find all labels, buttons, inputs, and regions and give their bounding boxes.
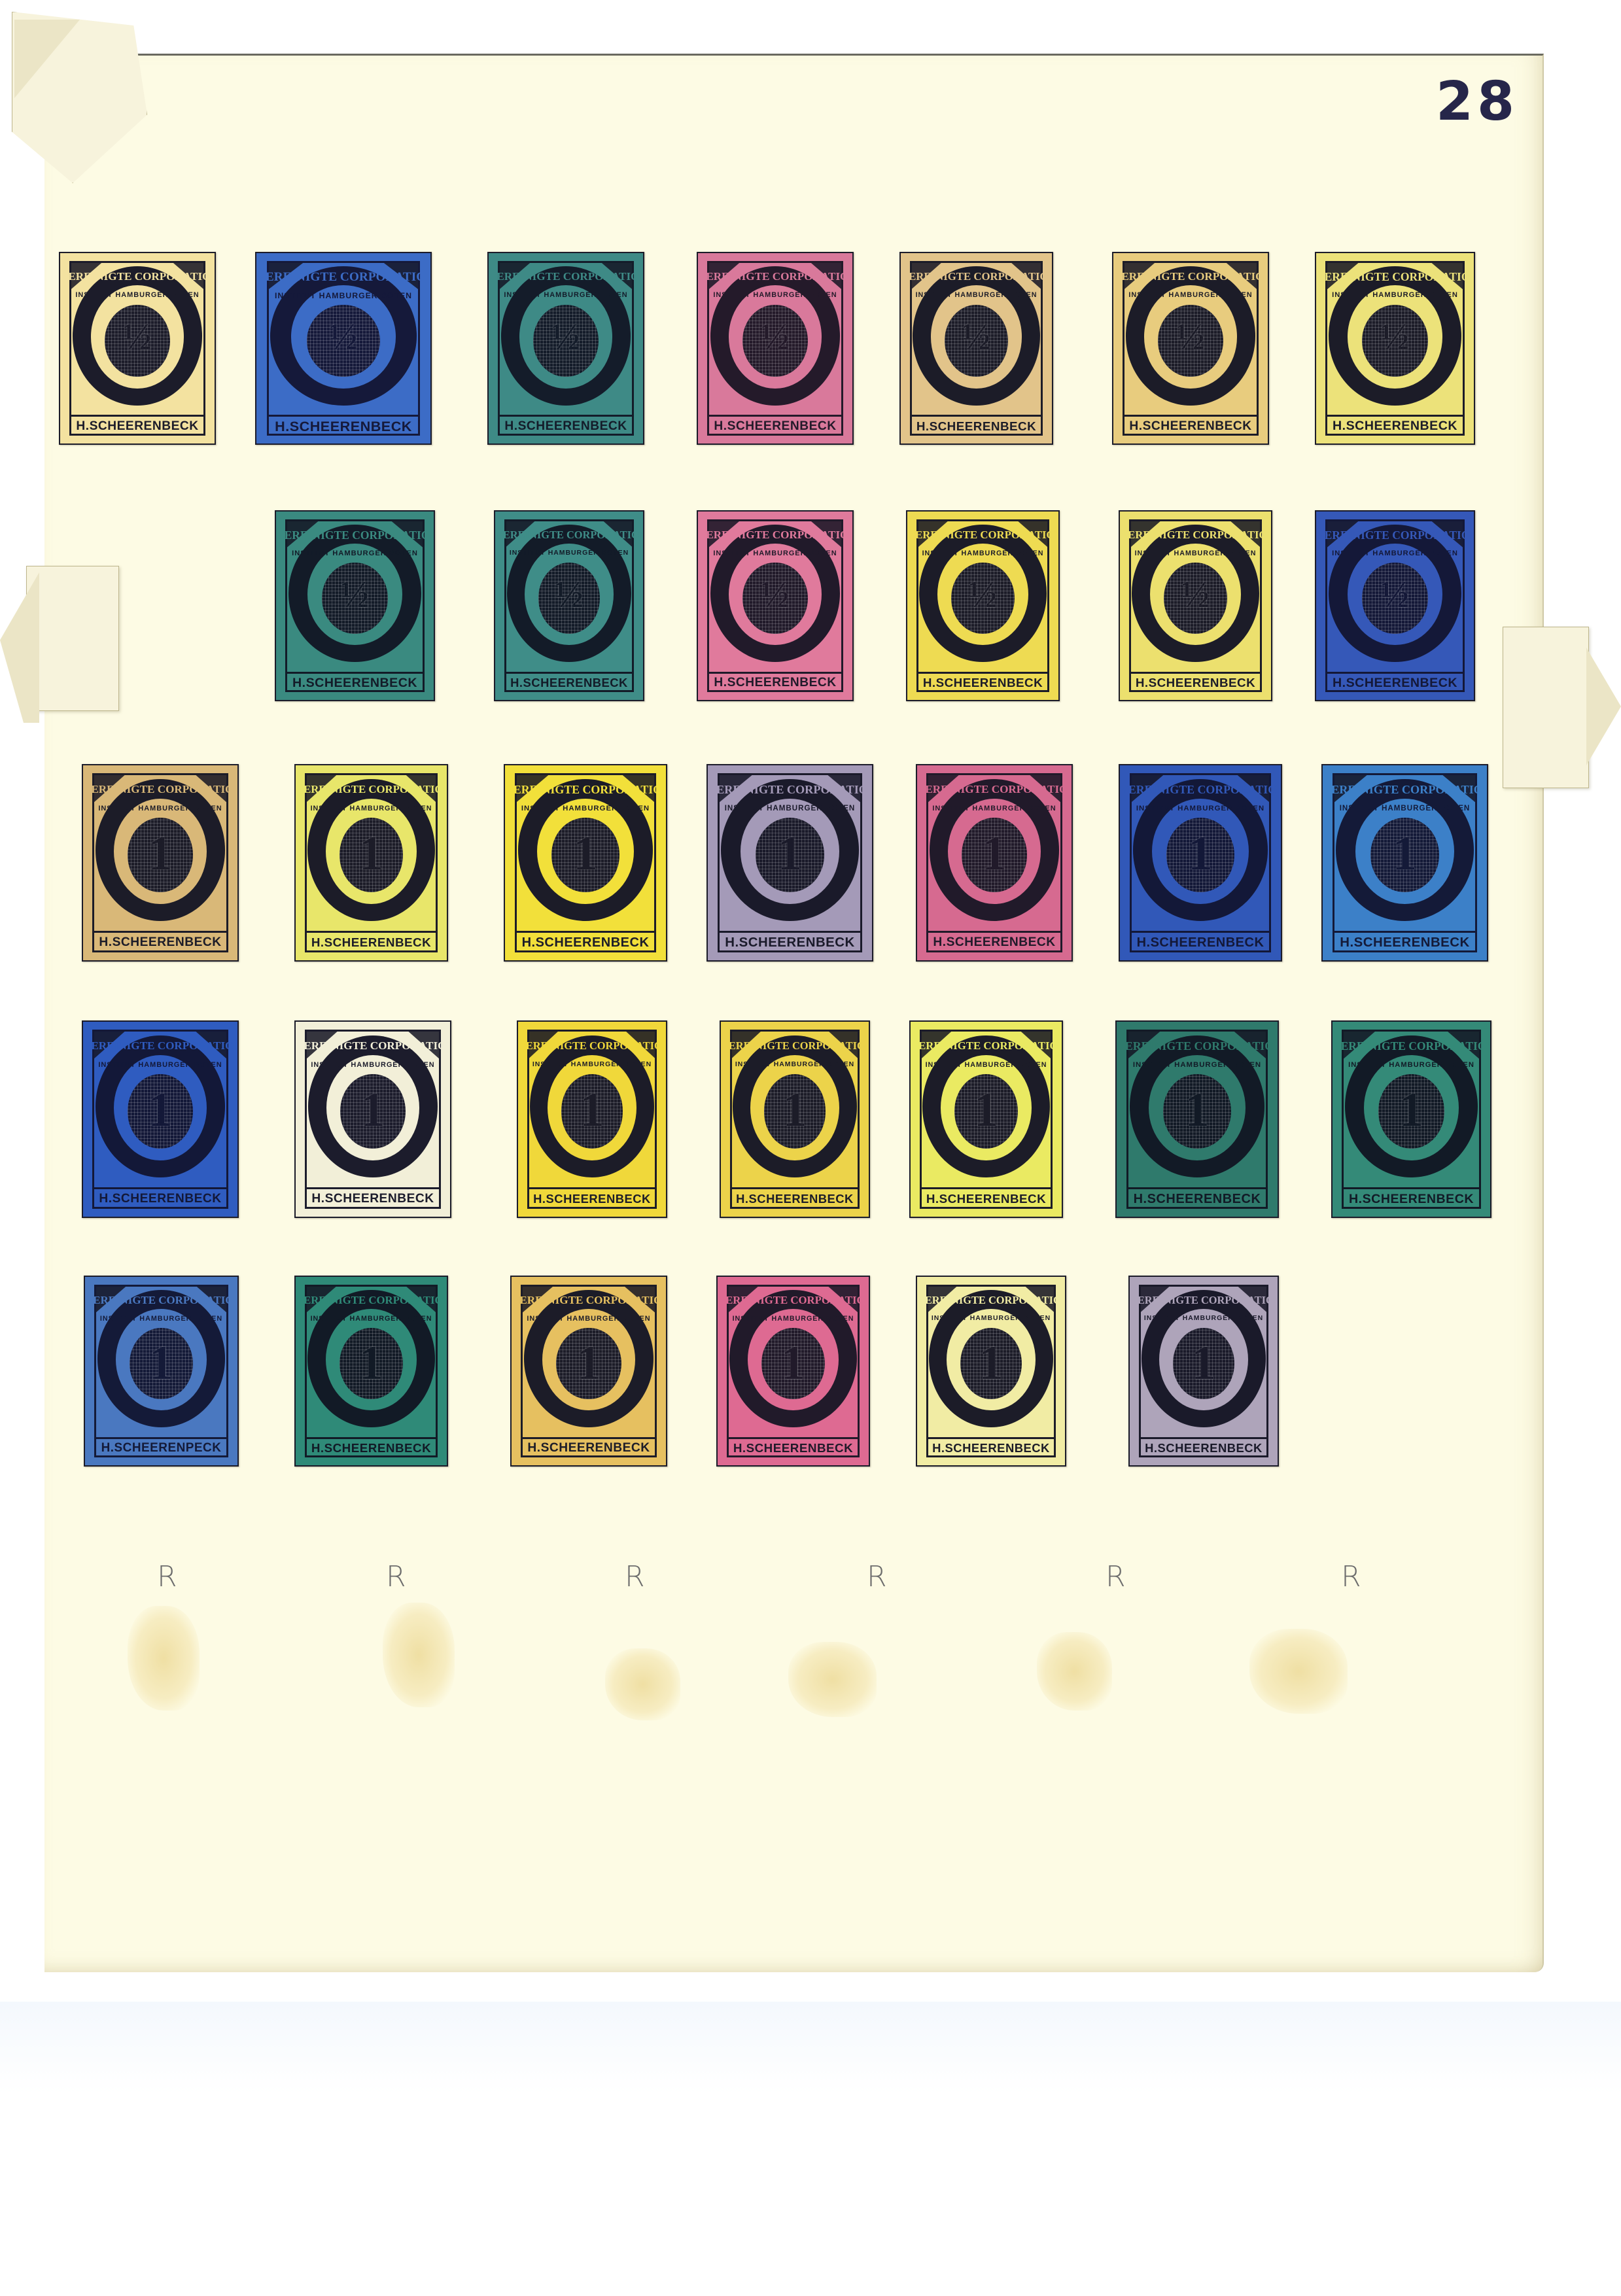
inner-inscription: INSTITUT HAMBURGER BOTEN — [296, 1315, 447, 1323]
stamp: VEREINIGTE CORPORATIONENINSTITUT HAMBURG… — [504, 764, 667, 962]
inner-inscription: INSTITUT HAMBURGER BOTEN — [1323, 805, 1487, 812]
inner-inscription: INSTITUT HAMBURGER BOTEN — [698, 291, 852, 299]
stain — [605, 1648, 680, 1720]
ring-inscription: VEREINIGTE CORPORATIONEN — [296, 1039, 450, 1052]
hinge-right-fold — [1586, 648, 1621, 765]
inner-inscription: INSTITUT HAMBURGER BOTEN — [721, 1061, 869, 1068]
denomination-value: 1 — [718, 1339, 869, 1387]
stamp: VEREINIGTE CORPORATIONENINSTITUT HAMBURG… — [697, 252, 854, 445]
inner-inscription: INSTITUT HAMBURGER BOTEN — [505, 805, 666, 812]
stamp: VEREINIGTE CORPORATIONENINSTITUT HAMBURG… — [59, 252, 216, 445]
stamp: VEREINIGTE CORPORATIONENINSTITUT HAMBURG… — [1315, 510, 1475, 701]
stamp: VEREINIGTE CORPORATIONENINSTITUT HAMBURG… — [706, 764, 873, 962]
inner-inscription: INSTITUT HAMBURGER BOTEN — [495, 549, 643, 557]
printer-name: H.SCHEERENBECK — [1325, 415, 1464, 436]
denomination-value: ½ — [698, 576, 852, 614]
inner-inscription: INSTITUT HAMBURGER BOTEN — [917, 1315, 1065, 1322]
denomination-value: 1 — [1333, 1086, 1490, 1134]
printer-name: H.SCHEERENBECK — [1342, 1187, 1480, 1209]
ring-inscription: VEREINIGTE CORPORATIONEN — [1130, 1294, 1278, 1307]
ring-inscription: VEREINIGTE CORPORATIONEN — [256, 270, 430, 285]
inner-inscription: INSTITUT HAMBURGER BOTEN — [1120, 805, 1281, 812]
stamp: VEREINIGTE CORPORATIONENINSTITUT HAMBURG… — [1321, 764, 1488, 962]
denomination-value: 1 — [1323, 829, 1487, 878]
stamp: VEREINIGTE CORPORATIONENINSTITUT HAMBURG… — [84, 1276, 239, 1467]
inner-inscription: INSTITUT HAMBURGER BOTEN — [83, 805, 237, 812]
denomination-value: ½ — [1316, 318, 1474, 356]
inner-inscription: INSTITUT HAMBURGER BOTEN — [917, 805, 1072, 812]
printer-name: H.SCHEERENBECK — [305, 1187, 441, 1209]
pencil-mark: R — [157, 1560, 177, 1593]
stamp: VEREINIGTE CORPORATIONENINSTITUT HAMBURG… — [1331, 1020, 1491, 1218]
inner-inscription: INSTITUT HAMBURGER BOTEN — [489, 291, 643, 299]
denomination-value: ½ — [489, 318, 643, 356]
stain — [1249, 1629, 1348, 1714]
ring-inscription: VEREINIGTE CORPORATIONEN — [512, 1294, 666, 1307]
denomination-value: 1 — [1130, 1339, 1278, 1387]
ring-inscription: VEREINIGTE CORPORATIONEN — [83, 1039, 237, 1052]
stamp: VEREINIGTE CORPORATIONENINSTITUT HAMBURG… — [697, 510, 854, 701]
denomination-value: 1 — [296, 1086, 450, 1134]
stamp: VEREINIGTE CORPORATIONENINSTITUT HAMBURG… — [916, 1276, 1066, 1467]
stamp: VEREINIGTE CORPORATIONENINSTITUT HAMBURG… — [1119, 510, 1272, 701]
stamp: VEREINIGTE CORPORATIONENINSTITUT HAMBURG… — [494, 510, 644, 701]
stamp: VEREINIGTE CORPORATIONENINSTITUT HAMBURG… — [1112, 252, 1269, 445]
stamp: VEREINIGTE CORPORATIONENINSTITUT HAMBURG… — [1128, 1276, 1279, 1467]
denomination-value: 1 — [296, 1339, 447, 1387]
inner-inscription: INSTITUT HAMBURGER BOTEN — [911, 1061, 1062, 1069]
pencil-mark: R — [386, 1560, 406, 1593]
inner-inscription: INSTITUT HAMBURGER BOTEN — [907, 549, 1058, 557]
stamp: VEREINIGTE CORPORATIONENINSTITUT HAMBURG… — [294, 1020, 451, 1218]
inner-inscription: INSTITUT HAMBURGER BOTEN — [296, 805, 447, 812]
ring-inscription: VEREINIGTE CORPORATIONEN — [1120, 783, 1281, 797]
printer-name: H.SCHEERENBECK — [1123, 415, 1259, 436]
ring-inscription: VEREINIGTE CORPORATIONEN — [721, 1039, 869, 1052]
printer-name: H.SCHEERENBECK — [92, 1187, 228, 1209]
ring-inscription: VEREINIGTE CORPORATIONEN — [1113, 270, 1268, 283]
stamp: VEREINIGTE CORPORATIONENINSTITUT HAMBURG… — [720, 1020, 870, 1218]
stain — [1037, 1632, 1112, 1711]
stamp: VEREINIGTE CORPORATIONENINSTITUT HAMBURG… — [294, 1276, 448, 1467]
printer-name: H.SCHEERENBECK — [1130, 931, 1272, 952]
stamp: VEREINIGTE CORPORATIONENINSTITUT HAMBURG… — [82, 1020, 239, 1218]
denomination-value: 1 — [83, 829, 237, 878]
printer-name: H.SCHEERENBECK — [305, 931, 438, 952]
stamp: VEREINIGTE CORPORATIONENINSTITUT HAMBURG… — [82, 764, 239, 962]
hinge-right — [1503, 627, 1589, 788]
ring-inscription: VEREINIGTE CORPORATIONEN — [85, 1294, 237, 1307]
printer-name: H.SCHEERENBECK — [926, 931, 1062, 952]
ring-inscription: VEREINIGTE CORPORATIONEN — [489, 270, 643, 283]
printer-name: H.SCHEERENBECK — [527, 1187, 657, 1209]
denomination-value: 1 — [708, 829, 872, 878]
denomination-value: ½ — [495, 576, 643, 614]
ring-inscription: VEREINIGTE CORPORATIONEN — [83, 783, 237, 796]
stamp: VEREINIGTE CORPORATIONENINSTITUT HAMBURG… — [1119, 764, 1282, 962]
ring-inscription: VEREINIGTE CORPORATIONEN — [1316, 529, 1474, 542]
ring-inscription: VEREINIGTE CORPORATIONEN — [296, 783, 447, 796]
inner-inscription: INSTITUT HAMBURGER BOTEN — [296, 1061, 450, 1069]
hinge-left — [26, 566, 119, 711]
inner-inscription: INSTITUT HAMBURGER BOTEN — [1316, 549, 1474, 557]
printer-name: H.SCHEERENBECK — [1129, 672, 1262, 693]
printer-name: H.SCHEERENBECK — [92, 931, 228, 952]
printer-name: H.SCHEERENBECK — [727, 1437, 860, 1458]
inner-inscription: INSTITUT HAMBURGER BOTEN — [85, 1315, 237, 1323]
denomination-value: 1 — [721, 1086, 869, 1134]
inner-inscription: INSTITUT HAMBURGER BOTEN — [276, 549, 434, 557]
printer-name: H.SCHEERENBECK — [305, 1437, 438, 1458]
stamp: VEREINIGTE CORPORATIONENINSTITUT HAMBURG… — [716, 1276, 870, 1467]
inner-inscription: INSTITUT HAMBURGER BOTEN — [60, 291, 215, 299]
inner-inscription: INSTITUT HAMBURGER BOTEN — [718, 1315, 869, 1323]
denomination-value: ½ — [1120, 576, 1271, 614]
inner-inscription: INSTITUT HAMBURGER BOTEN — [1117, 1061, 1278, 1069]
ring-inscription: VEREINIGTE CORPORATIONEN — [698, 529, 852, 542]
stamp: VEREINIGTE CORPORATIONENINSTITUT HAMBURG… — [916, 764, 1073, 962]
ring-inscription: VEREINIGTE CORPORATIONEN — [1316, 270, 1474, 284]
ring-inscription: VEREINIGTE CORPORATIONEN — [901, 270, 1052, 283]
inner-inscription: INSTITUT HAMBURGER BOTEN — [83, 1061, 237, 1069]
stamp: VEREINIGTE CORPORATIONENINSTITUT HAMBURG… — [899, 252, 1053, 445]
ring-inscription: VEREINIGTE CORPORATIONEN — [1117, 1039, 1278, 1053]
printer-name: H.SCHEERENBECK — [267, 415, 420, 436]
denomination-value: 1 — [83, 1086, 237, 1134]
printer-name: H.SCHEERENBECK — [515, 931, 657, 952]
ring-inscription: VEREINIGTE CORPORATIONEN — [1333, 1039, 1490, 1053]
ring-inscription: VEREINIGTE CORPORATIONEN — [907, 529, 1058, 542]
denomination-value: ½ — [907, 576, 1058, 614]
stain — [788, 1642, 877, 1717]
pencil-mark: R — [1341, 1560, 1361, 1593]
printer-name: H.SCHEERENBECK — [498, 415, 634, 436]
stamp: VEREINIGTE CORPORATIONENINSTITUT HAMBURG… — [487, 252, 644, 445]
ring-inscription: VEREINIGTE CORPORATIONEN — [718, 1294, 869, 1307]
ring-inscription: VEREINIGTE CORPORATIONEN — [505, 783, 666, 797]
ring-inscription: VEREINIGTE CORPORATIONEN — [1323, 783, 1487, 797]
inner-inscription: INSTITUT HAMBURGER BOTEN — [901, 291, 1052, 299]
inner-inscription: INSTITUT HAMBURGER BOTEN — [1113, 291, 1268, 299]
denomination-value: ½ — [256, 318, 430, 356]
printer-name: H.SCHEERENBECK — [1139, 1437, 1269, 1458]
stamp: VEREINIGTE CORPORATIONENINSTITUT HAMBURG… — [510, 1276, 667, 1467]
hinge-left-fold — [0, 572, 39, 723]
stain — [383, 1603, 455, 1707]
stamp: VEREINIGTE CORPORATIONENINSTITUT HAMBURG… — [294, 764, 448, 962]
inner-inscription: INSTITUT HAMBURGER BOTEN — [698, 549, 852, 557]
ring-inscription: VEREINIGTE CORPORATIONEN — [911, 1039, 1062, 1052]
ring-inscription: VEREINIGTE CORPORATIONEN — [698, 270, 852, 283]
stamp: VEREINIGTE CORPORATIONENINSTITUT HAMBURG… — [255, 252, 432, 445]
inner-inscription: INSTITUT HAMBURGER BOTEN — [256, 291, 430, 300]
page-number: 28 — [1436, 71, 1518, 133]
printer-name: H.SCHEERENBECK — [1126, 1187, 1268, 1209]
denomination-value: 1 — [512, 1339, 666, 1387]
stamp: VEREINIGTE CORPORATIONENINSTITUT HAMBURG… — [275, 510, 435, 701]
ring-inscription: VEREINIGTE CORPORATIONEN — [296, 1294, 447, 1307]
denomination-value: 1 — [917, 829, 1072, 878]
denomination-value: ½ — [276, 576, 434, 614]
ring-inscription: VEREINIGTE CORPORATIONEN — [917, 783, 1072, 796]
pencil-mark: R — [625, 1560, 645, 1593]
ring-inscription: VEREINIGTE CORPORATIONEN — [276, 529, 434, 542]
printer-name: H.SCHEERENBECK — [1333, 931, 1477, 952]
stamp: VEREINIGTE CORPORATIONENINSTITUT HAMBURG… — [906, 510, 1060, 701]
printer-name: H.SCHEERENBECK — [69, 415, 205, 436]
ring-inscription: VEREINIGTE CORPORATIONEN — [708, 783, 872, 797]
denomination-value: 1 — [911, 1086, 1062, 1134]
ring-inscription: VEREINIGTE CORPORATIONEN — [917, 1294, 1065, 1307]
printer-name: H.SCHEERENBECK — [1325, 672, 1464, 693]
stamp: VEREINIGTE CORPORATIONENINSTITUT HAMBURG… — [517, 1020, 667, 1218]
stamp: VEREINIGTE CORPORATIONENINSTITUT HAMBURG… — [1115, 1020, 1279, 1218]
denomination-value: 1 — [917, 1339, 1065, 1387]
printer-name: H.SCHEERENBECK — [521, 1437, 657, 1458]
pencil-mark: R — [867, 1560, 887, 1593]
ring-inscription: VEREINIGTE CORPORATIONEN — [495, 529, 643, 542]
denomination-value: ½ — [698, 318, 852, 356]
printer-name: H.SCHEERENBECK — [718, 931, 862, 952]
denomination-value: 1 — [85, 1339, 237, 1387]
printer-name: H.SCHEERENBECK — [285, 672, 424, 693]
denomination-value: ½ — [1113, 318, 1268, 356]
ring-inscription: VEREINIGTE CORPORATIONEN — [518, 1039, 666, 1052]
printer-name: H.SCHEERENBECK — [920, 1187, 1053, 1209]
denomination-value: 1 — [296, 829, 447, 878]
printer-name: H.SCHEERENBECK — [730, 1187, 860, 1209]
denomination-value: ½ — [1316, 576, 1474, 614]
printer-name: H.SCHEERENBECK — [916, 672, 1049, 693]
inner-inscription: INSTITUT HAMBURGER BOTEN — [512, 1315, 666, 1323]
printer-name: H.SCHEERENBECK — [504, 672, 635, 693]
stain — [128, 1606, 200, 1711]
denomination-value: 1 — [518, 1086, 666, 1134]
printer-name: H.SCHEERENBECK — [707, 415, 843, 436]
ring-inscription: VEREINIGTE CORPORATIONEN — [1120, 529, 1271, 542]
inner-inscription: INSTITUT HAMBURGER BOTEN — [518, 1061, 666, 1068]
printer-name: H.SCHEERENPECK — [94, 1437, 228, 1458]
denomination-value: 1 — [1117, 1086, 1278, 1134]
denomination-value: ½ — [901, 318, 1052, 356]
inner-inscription: INSTITUT HAMBURGER BOTEN — [1130, 1315, 1278, 1322]
stamp: VEREINIGTE CORPORATIONENINSTITUT HAMBURG… — [1315, 252, 1475, 445]
printer-name: H.SCHEERENBECK — [926, 1437, 1056, 1458]
inner-inscription: INSTITUT HAMBURGER BOTEN — [1333, 1061, 1490, 1069]
denomination-value: 1 — [505, 829, 666, 878]
pencil-mark: R — [1106, 1560, 1126, 1593]
stamp: VEREINIGTE CORPORATIONENINSTITUT HAMBURG… — [909, 1020, 1063, 1218]
denomination-value: ½ — [60, 318, 215, 356]
printer-name: H.SCHEERENBECK — [707, 672, 843, 693]
ring-inscription: VEREINIGTE CORPORATIONEN — [60, 270, 215, 283]
inner-inscription: INSTITUT HAMBURGER BOTEN — [708, 805, 872, 812]
inner-inscription: INSTITUT HAMBURGER BOTEN — [1316, 291, 1474, 299]
inner-inscription: INSTITUT HAMBURGER BOTEN — [1120, 549, 1271, 557]
printer-name: H.SCHEERENBECK — [910, 415, 1043, 436]
denomination-value: 1 — [1120, 829, 1281, 878]
